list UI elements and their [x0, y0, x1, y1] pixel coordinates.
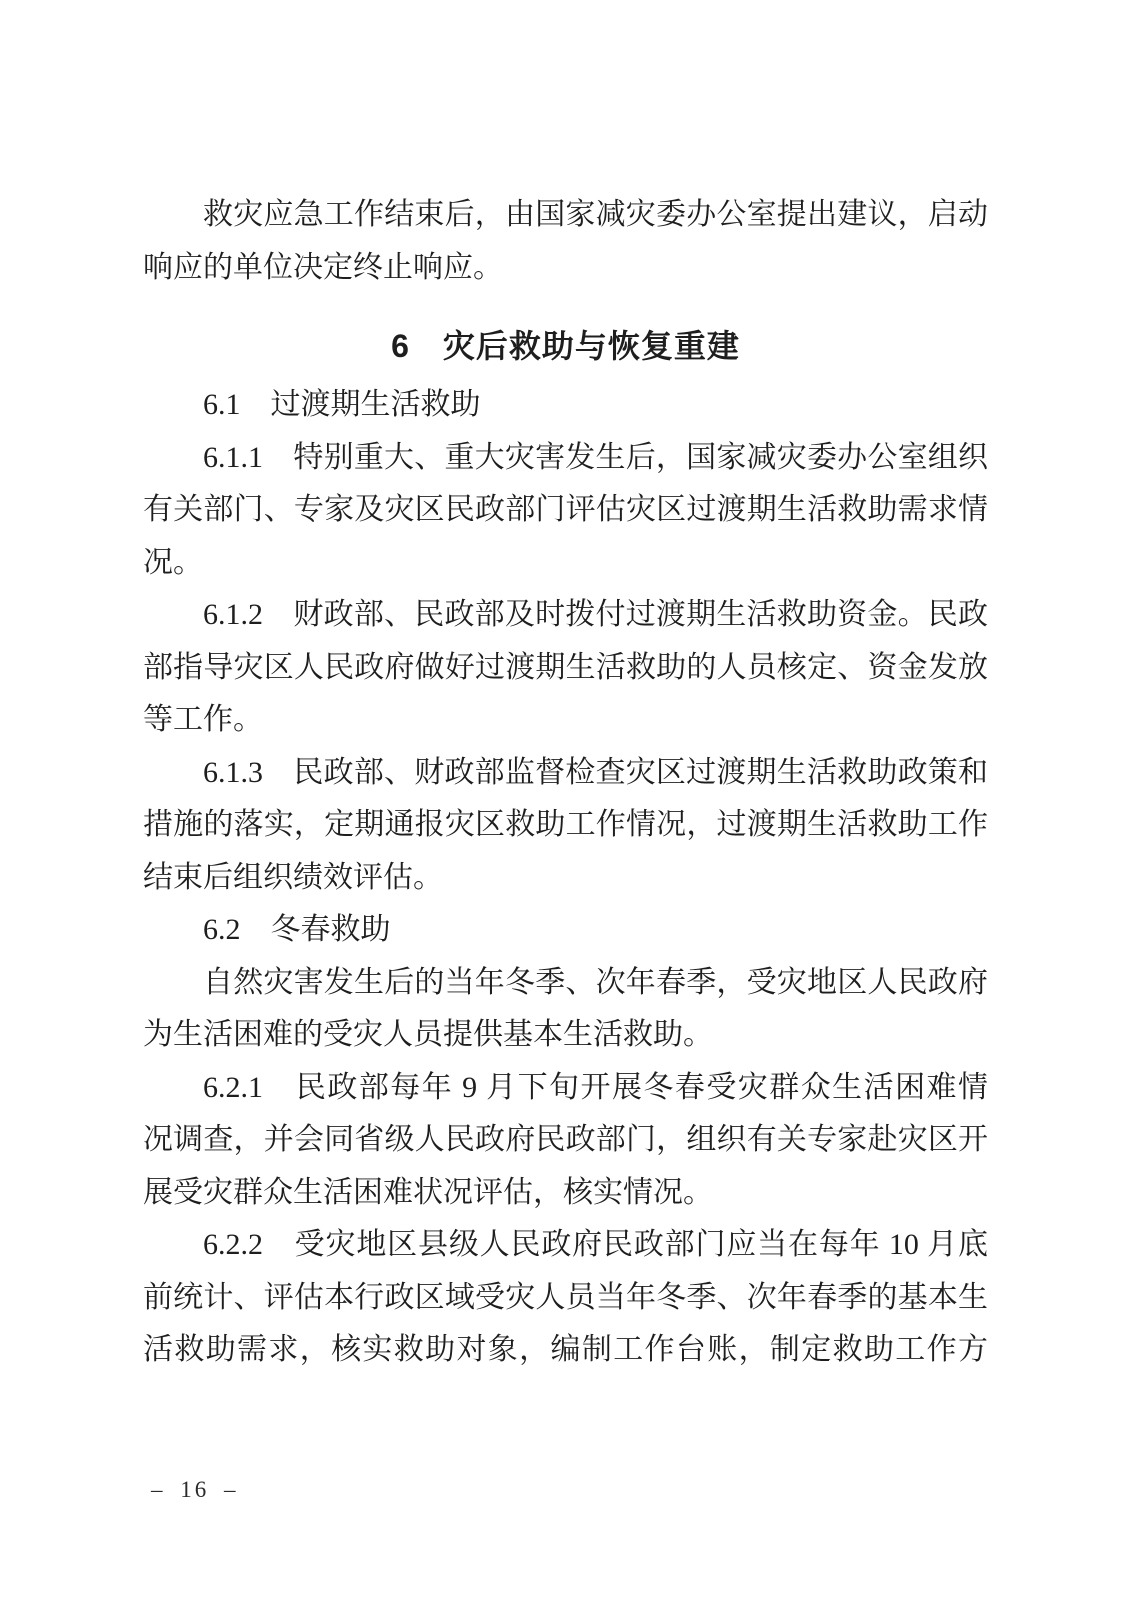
text-line: 6.1.3 民政部、财政部监督检查灾区过渡期生活救助政策和 — [143, 747, 988, 800]
page-number: – 16 – — [151, 1477, 239, 1503]
text-line: 结束后组织绩效评估。 — [143, 852, 988, 905]
text-line: 6.1.2 财政部、民政部及时拨付过渡期生活救助资金。民政 — [143, 589, 988, 642]
chapter-6-heading: 6 灾后救助与恢复重建 — [143, 320, 988, 373]
text-line: 6.2.1 民政部每年 9 月下旬开展冬春受灾群众生活困难情 — [143, 1062, 988, 1115]
text-line: 6.1.1 特别重大、重大灾害发生后，国家减灾委办公室组织 — [143, 432, 988, 485]
text-line: 6.1 过渡期生活救助 — [143, 379, 988, 432]
clause-6-1-1: 6.1.1 特别重大、重大灾害发生后，国家减灾委办公室组织有关部门、专家及灾区民… — [143, 432, 988, 590]
text-line: 6.2 冬春救助 — [143, 904, 988, 957]
clause-6-2-1: 6.2.1 民政部每年 9 月下旬开展冬春受灾群众生活困难情况调查，并会同省级人… — [143, 1062, 988, 1220]
text-line: 况。 — [143, 537, 988, 590]
document-page: 救灾应急工作结束后，由国家减灾委办公室提出建议，启动响应的单位决定终止响应。6 … — [0, 0, 1131, 1600]
text-line: 6.2.2 受灾地区县级人民政府民政部门应当在每年 10 月底 — [143, 1219, 988, 1272]
text-line: 前统计、评估本行政区域受灾人员当年冬季、次年春季的基本生 — [143, 1272, 988, 1325]
text-line: 为生活困难的受灾人员提供基本生活救助。 — [143, 1009, 988, 1062]
text-line: 等工作。 — [143, 694, 988, 747]
clause-6-1-2: 6.1.2 财政部、民政部及时拨付过渡期生活救助资金。民政部指导灾区人民政府做好… — [143, 589, 988, 747]
clause-6-1-3: 6.1.3 民政部、财政部监督检查灾区过渡期生活救助政策和措施的落实，定期通报灾… — [143, 747, 988, 905]
text-line: 救灾应急工作结束后，由国家减灾委办公室提出建议，启动 — [143, 189, 988, 242]
section-6-2-intro: 自然灾害发生后的当年冬季、次年春季，受灾地区人民政府为生活困难的受灾人员提供基本… — [143, 957, 988, 1062]
content: 救灾应急工作结束后，由国家减灾委办公室提出建议，启动响应的单位决定终止响应。6 … — [143, 189, 988, 1377]
text-line: 有关部门、专家及灾区民政部门评估灾区过渡期生活救助需求情 — [143, 484, 988, 537]
section-6-2-title: 6.2 冬春救助 — [143, 904, 988, 957]
text-line: 响应的单位决定终止响应。 — [143, 242, 988, 295]
text-line: 活救助需求，核实救助对象，编制工作台账，制定救助工作方案， — [143, 1324, 988, 1377]
text-line: 措施的落实，定期通报灾区救助工作情况，过渡期生活救助工作 — [143, 799, 988, 852]
text-line: 况调查，并会同省级人民政府民政部门，组织有关专家赴灾区开 — [143, 1114, 988, 1167]
text-line: 展受灾群众生活困难状况评估，核实情况。 — [143, 1167, 988, 1220]
text-line: 自然灾害发生后的当年冬季、次年春季，受灾地区人民政府 — [143, 957, 988, 1010]
clause-6-2-2: 6.2.2 受灾地区县级人民政府民政部门应当在每年 10 月底前统计、评估本行政… — [143, 1219, 988, 1377]
section-6-1-title: 6.1 过渡期生活救助 — [143, 379, 988, 432]
text-line: 部指导灾区人民政府做好过渡期生活救助的人员核定、资金发放 — [143, 642, 988, 695]
intro-paragraph: 救灾应急工作结束后，由国家减灾委办公室提出建议，启动响应的单位决定终止响应。 — [143, 189, 988, 294]
